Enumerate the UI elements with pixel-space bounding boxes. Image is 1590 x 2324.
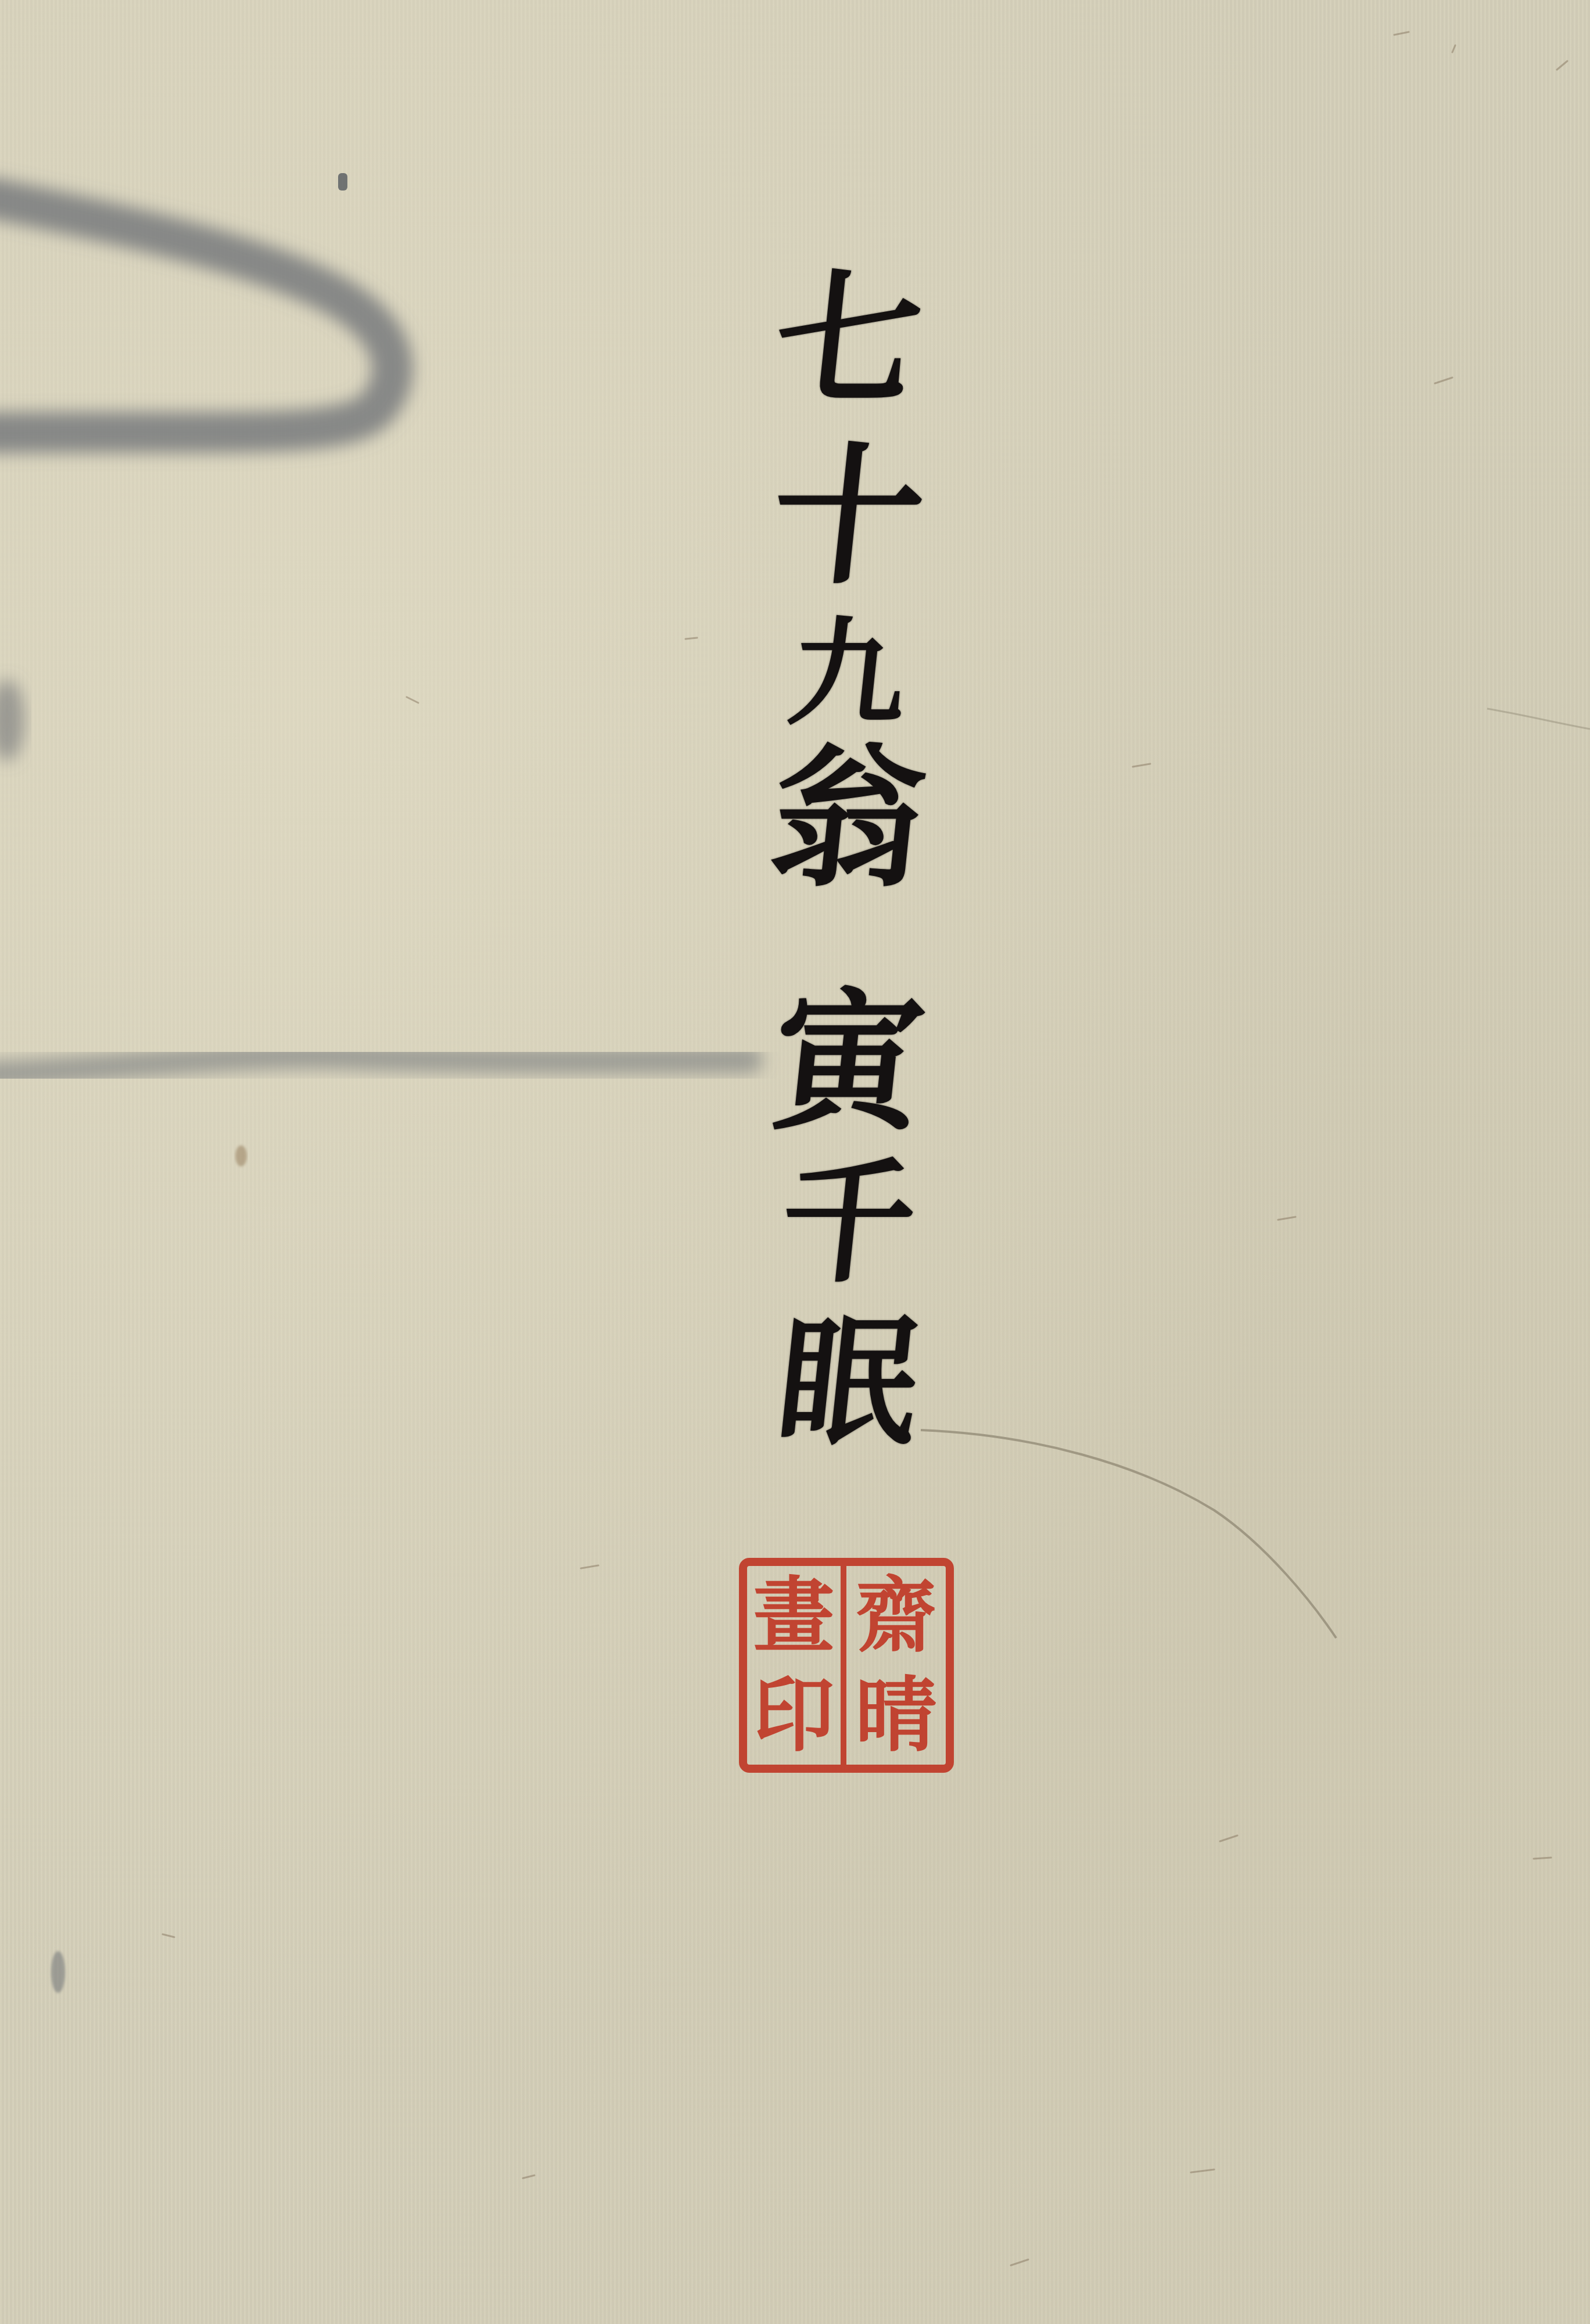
artist-seal: 畫 印 齋 晴 bbox=[739, 1558, 954, 1773]
paper-crease-faint bbox=[1487, 709, 1590, 729]
signature-char-2: 十 bbox=[741, 441, 954, 592]
wash-blot-left-edge bbox=[0, 680, 24, 761]
wash-stroke-upper-hook bbox=[0, 197, 393, 433]
ink-speck bbox=[51, 1951, 65, 1993]
signature-char-7: 眠 bbox=[742, 1313, 954, 1452]
seal-glyph: 齋 bbox=[846, 1566, 946, 1665]
seal-glyph: 印 bbox=[747, 1665, 846, 1765]
ink-speck bbox=[235, 1145, 247, 1166]
signature-char-6: 千 bbox=[742, 1156, 954, 1289]
signature-char-1: 七 bbox=[742, 267, 954, 412]
seal-glyph: 畫 bbox=[747, 1566, 846, 1665]
wash-stroke-horizon bbox=[0, 1056, 749, 1075]
painting-canvas: 七 十 九 翁 寅 千 眠 畫 印 齋 晴 bbox=[0, 0, 1590, 2324]
ink-speck bbox=[338, 173, 347, 191]
paper-crease bbox=[921, 1430, 1336, 1638]
signature-char-5: 寅 bbox=[741, 987, 954, 1138]
signature-char-4: 翁 bbox=[741, 743, 954, 895]
seal-glyph: 晴 bbox=[846, 1665, 946, 1765]
signature-char-3: 九 bbox=[743, 616, 953, 732]
